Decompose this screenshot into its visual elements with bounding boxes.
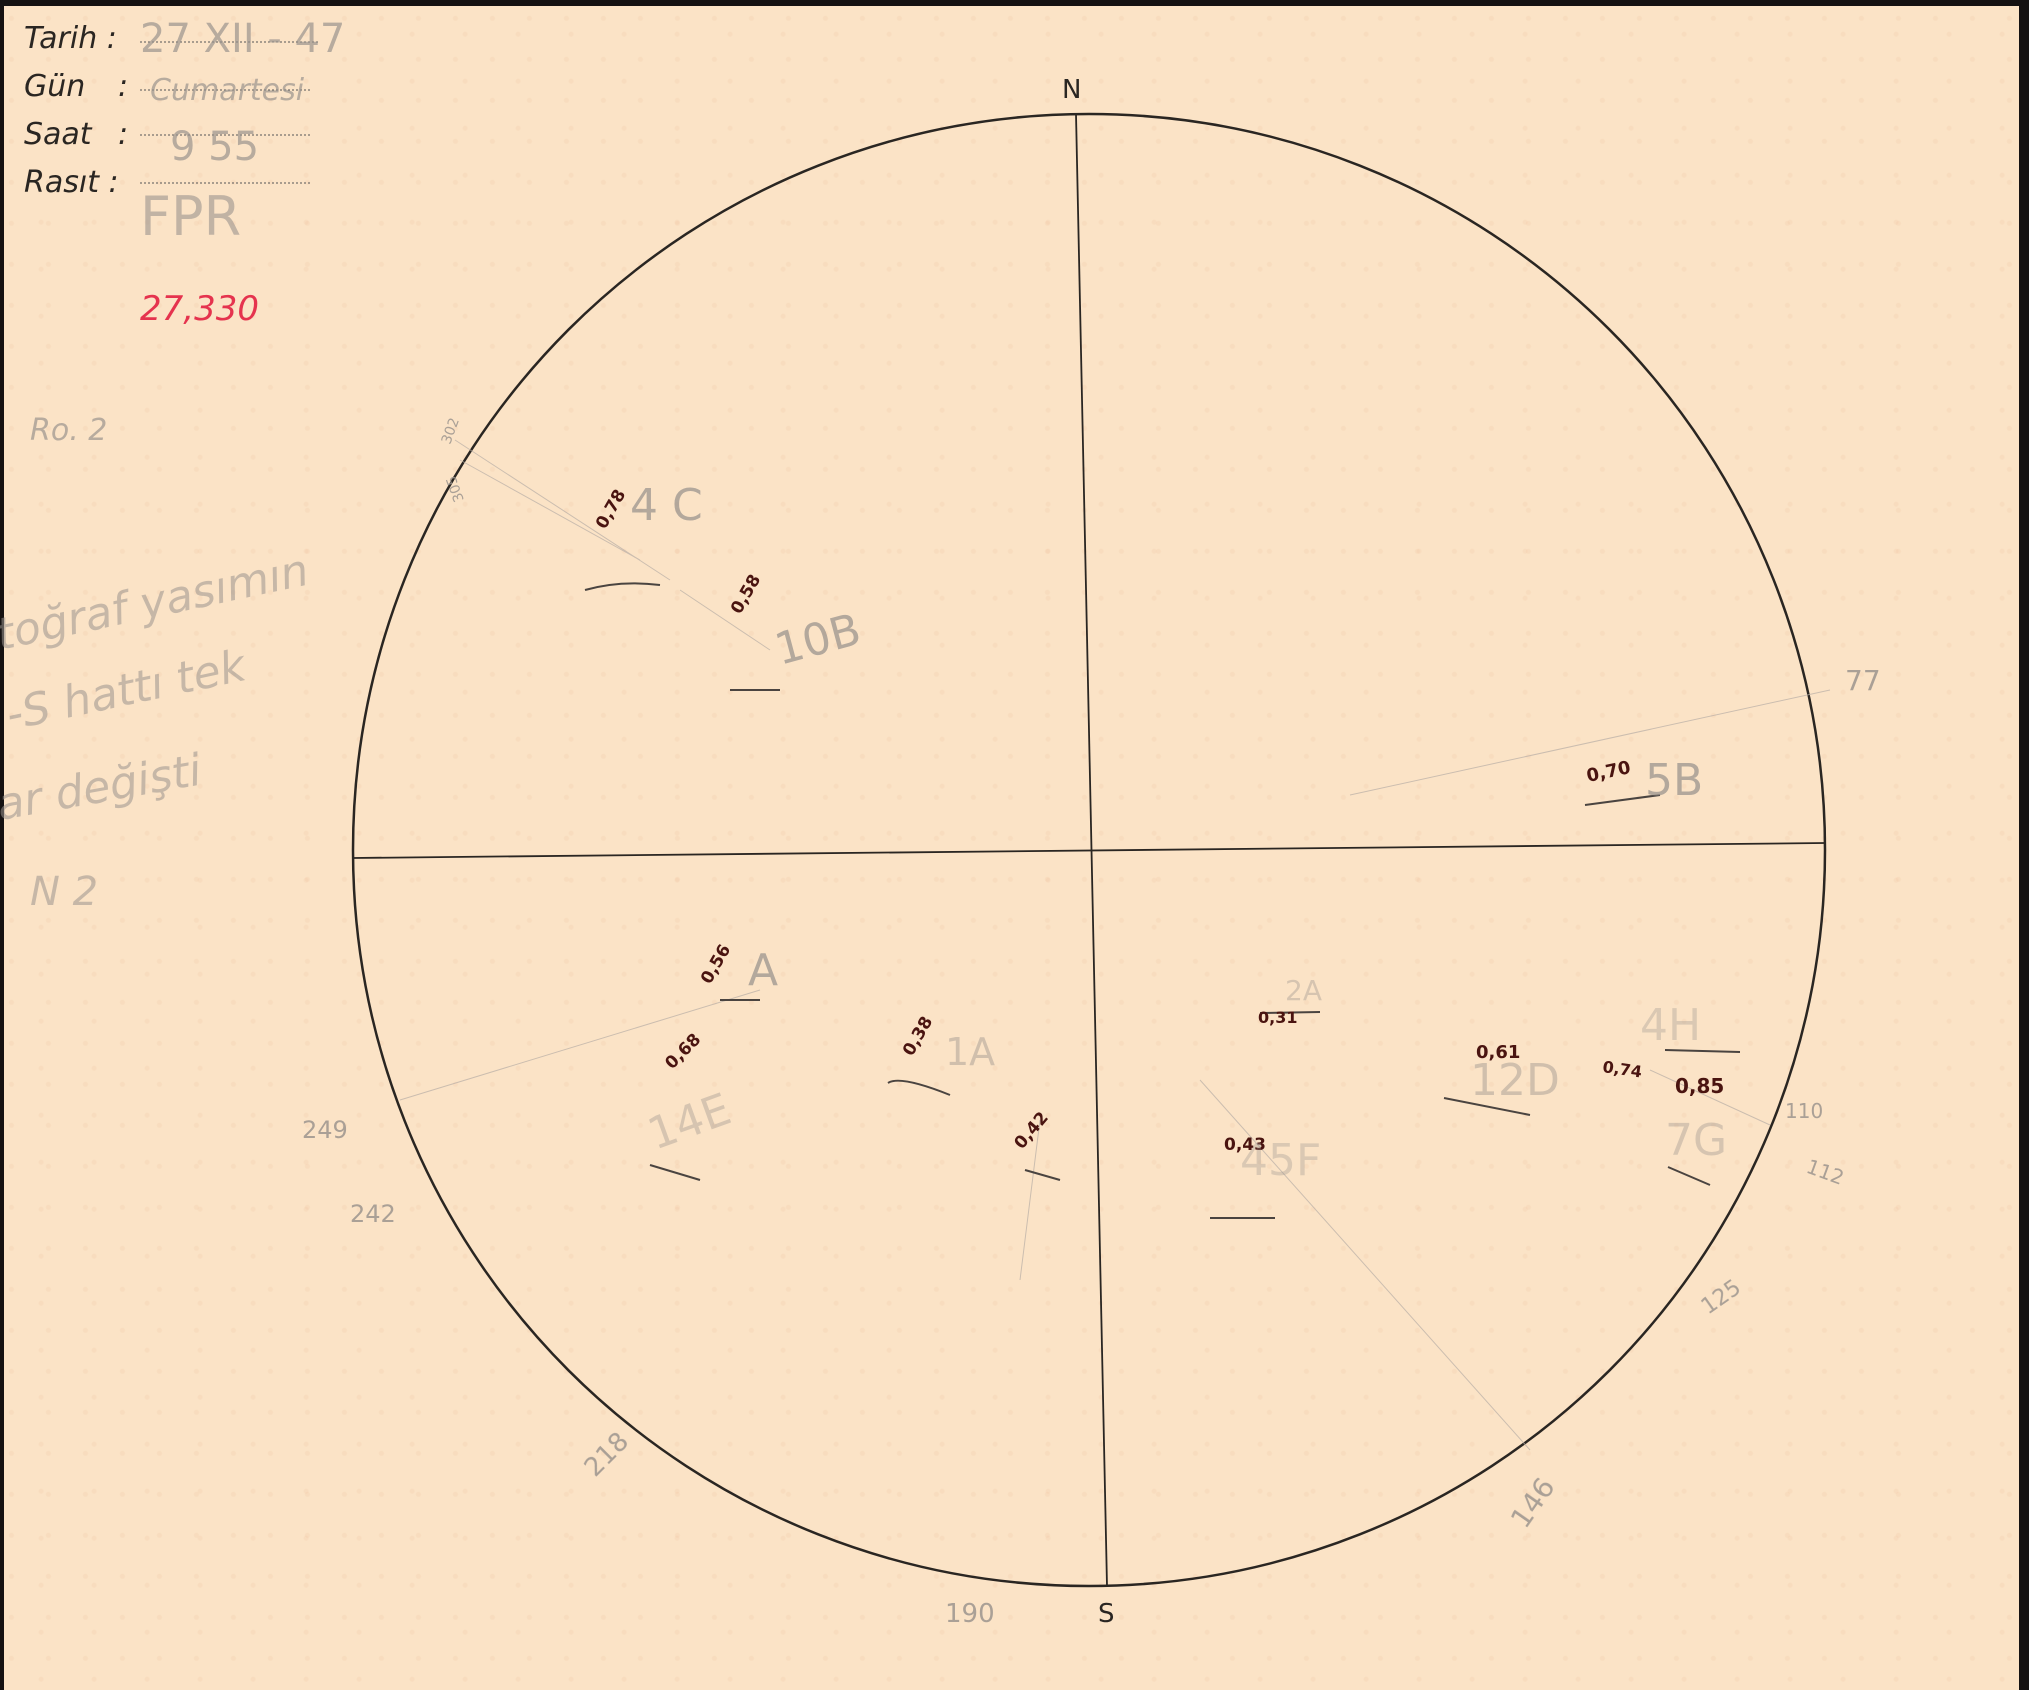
group-label-10b: 10B bbox=[770, 604, 866, 676]
group-label-4c: 4 C bbox=[630, 480, 703, 531]
margin-note-line-3: ar değişti bbox=[0, 745, 206, 831]
solar-disk-drawing: Tarih : 27 XII - 47 Gün : Cumartesi Saat… bbox=[0, 0, 2029, 1690]
spot-value-4c: 0,78 bbox=[592, 486, 630, 532]
observer-value: FPR bbox=[140, 185, 241, 248]
date-label: Tarih : bbox=[24, 21, 117, 56]
limb-angle-218: 218 bbox=[579, 1427, 635, 1483]
group-label-5b: 5B bbox=[1645, 755, 1703, 806]
margin-note-line-4: N 2 bbox=[30, 869, 98, 915]
spot-underlines bbox=[585, 583, 1740, 1218]
ro-note: Ro. 2 bbox=[30, 413, 107, 448]
spot-value-2a: 0,31 bbox=[1258, 1008, 1297, 1027]
margin-note-line-2: -S hattı tek bbox=[2, 640, 252, 741]
group-label-4h: 4H bbox=[1640, 1000, 1701, 1051]
limb-angle-305: 305 bbox=[444, 474, 468, 505]
north-label: N bbox=[1062, 75, 1081, 105]
spot-value-5b: 0,70 bbox=[1585, 757, 1633, 787]
group-label-a: A bbox=[748, 945, 778, 996]
red-reference-number: 27,330 bbox=[140, 289, 259, 329]
limb-angle-112: 112 bbox=[1803, 1154, 1847, 1190]
spot-value-14e: 0,68 bbox=[661, 1030, 705, 1074]
spot-value-1a: 0,38 bbox=[899, 1013, 937, 1059]
date-value: 27 XII - 47 bbox=[140, 16, 345, 62]
day-colon: : bbox=[118, 69, 128, 104]
pencil-guide-lines bbox=[400, 440, 1830, 1450]
group-labels: 4 C 10B 5B A 14E 1A 2A 45F 12D 4H 7G bbox=[630, 480, 1727, 1186]
group-label-7g: 7G bbox=[1665, 1115, 1727, 1166]
group-label-12d: 12D bbox=[1470, 1055, 1560, 1106]
limb-angle-110: 110 bbox=[1785, 1099, 1823, 1123]
limb-angle-190: 190 bbox=[945, 1599, 995, 1629]
limb-angle-77: 77 bbox=[1845, 664, 1881, 697]
limb-angle-146: 146 bbox=[1504, 1471, 1562, 1534]
limb-angle-302: 302 bbox=[439, 416, 463, 447]
spot-value-74: 0,74 bbox=[1601, 1057, 1643, 1081]
time-colon: : bbox=[118, 117, 128, 152]
time-value: 9 55 bbox=[170, 124, 259, 170]
spot-value-a: 0,56 bbox=[697, 941, 735, 987]
south-label: S bbox=[1098, 1599, 1115, 1629]
limb-angle-242: 242 bbox=[350, 1200, 396, 1228]
day-value: Cumartesi bbox=[150, 73, 305, 108]
spot-value-7g: 0,85 bbox=[1675, 1074, 1724, 1098]
margin-note-line-1: toğraf yasımın bbox=[0, 545, 313, 661]
spot-value-42: 0,42 bbox=[1011, 1108, 1053, 1153]
observer-label: Rasıt : bbox=[24, 165, 119, 200]
east-west-axis bbox=[353, 843, 1825, 858]
group-label-14e: 14E bbox=[641, 1084, 737, 1161]
limb-angle-249: 249 bbox=[302, 1116, 348, 1144]
limb-angle-125: 125 bbox=[1697, 1275, 1746, 1320]
spot-value-10b: 0,58 bbox=[727, 571, 765, 617]
day-label: Gün bbox=[24, 69, 85, 104]
group-label-45f: 45F bbox=[1240, 1135, 1321, 1186]
time-label: Saat bbox=[24, 117, 93, 152]
group-label-1a: 1A bbox=[945, 1030, 995, 1074]
group-label-2a: 2A bbox=[1285, 974, 1322, 1007]
